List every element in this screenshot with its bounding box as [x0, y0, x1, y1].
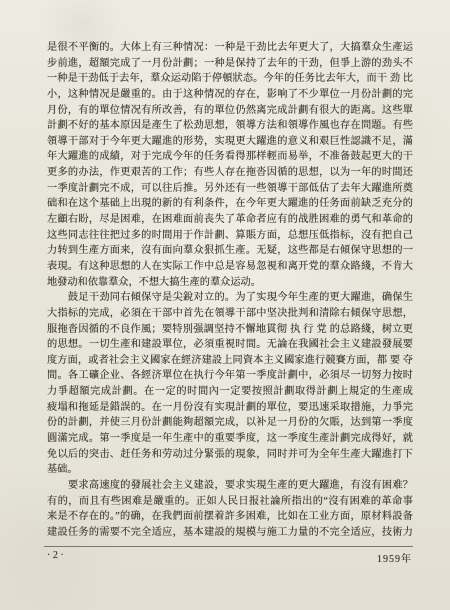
text-line: 鼓足干劲同右傾保守是尖銳对立的。为了实現今年生產的更大躍進，确保生產的五 [47, 290, 413, 306]
text-line: 份的計劃，并使三月份計劃能夠超額完成，以补足一月份的欠賬，达到第一季度計劃的 [47, 415, 413, 431]
text-line: 度方面，或者社会主义國家在經济建設上同資本主义國家進行競賽方面，都 要 夺 取 … [47, 353, 413, 369]
text-line: 服拖沓因循的不良作風；要特別强調坚持不懈地貫彻 执 行 党 的总路綫，树立更大躍… [47, 322, 413, 338]
text-line: 計劃不好的基本原因是產生了松劲思想，領導方法和領導作風也存在問題。有些單位的 [47, 118, 413, 134]
footer-divider [44, 546, 413, 547]
text-line: 免以后的突击、赶任务和劳动过分緊張的現象，同时并可为全年生產大躍進打下良好的 [47, 447, 413, 463]
text-line: 础和在这个基础上出現的新的有利条件，在今年更大躍進的任务面前缺乏充分的信心， [47, 196, 413, 212]
text-line: 大指标的完成，必須在干部中首先在領導干部中坚决批判和清除右傾保守思想，坚决克 [47, 306, 413, 322]
text-line: 圓滿完成。第一季度是一年生產中的重要季度，这一季度生產計劃完成得好，就可以避 [47, 431, 413, 447]
text-line: 步前進，超額完成了一月份計劃；一种是保持了去年的干劲，但爭上游的劲头不足；再 [47, 56, 413, 72]
text-line: 小，这种情况是嚴重的。由于这种情况的存在，影响了不少單位一月份計劃的完成。二 [47, 87, 413, 103]
text-line: 力转到生產方面来，沒有面向羣众狠抓生產。无疑，这些都是右傾保守思想的一种具体 [47, 243, 413, 259]
text-line: 間。各工礦企业、各經济單位在执行今年第一季度計劃中，必須尽一切努力按时完成，并 [47, 368, 413, 384]
text-line: 領導干部对于今年更大躍進的形势，实現更大躍進的意义和艰巨性認識不足，滿足于去 [47, 134, 413, 150]
scanned-document-page: 是很不平衡的。大体上有三种情况：一种是干劲比去年更大了，大搞羣众生產运动，闊步前… [0, 0, 450, 610]
text-line: 一季度計劃完不成，可以往后推。另外还有一些領導干部低估了去年大躍進所奠定的基 [47, 181, 413, 197]
text-line: 左顧右盼，尽是困难，在困难面前丧失了革命者应有的战胜困难的勇气和革命的干劲。 [47, 212, 413, 228]
text-line: 建設任务的需要不完全适应，基本建設的規模与施工力量的不完全适应，技術力量、运 [47, 525, 413, 541]
text-line: 年大躍進的成績，对于完成今年的任务看得那样輕而易举，不准备鼓起更大的干劲，想 [47, 149, 413, 165]
text-line: 要求高速度的發展社会主义建設，要求实現生產的更大躍進，有沒有困难？肯定是 [47, 478, 413, 494]
text-line: 力爭超額完成計劃。在一定的时間內一定要按照計劃取得計劃上規定的生產成果。松劲 [47, 384, 413, 400]
text-line: 基础。 [47, 462, 413, 478]
text-line: 月份，有的單位情况有所改善，有的單位仍然离完成計劃有很大的距离。这些單位完成 [47, 103, 413, 119]
text-line: 一种是干劲低于去年，羣众运动陷于停頓狀态。今年的任务比去年大，而干 劲 比 去 … [47, 71, 413, 87]
text-line: 的思想。一切生產和建設單位，必須重視时間。无論在我國社会主义建設發展要求高速 [47, 337, 413, 353]
text-line: 有的，而且有些困难是嚴重的。正如人民日报社論所指出的“沒有困难的革命事业，从 [47, 494, 413, 510]
text-line: 是很不平衡的。大体上有三种情况：一种是干劲比去年更大了，大搞羣众生產运动，闊 [47, 40, 413, 56]
text-line: 疲塌和拖延是錯誤的。在一月份沒有实現計劃的單位，要迅速采取措施，力爭完成二月 [47, 400, 413, 416]
year-label: 1959年 [377, 550, 412, 565]
text-line: 来是不存在的。”的确，在我們面前摆着許多困难，比如在工业方面，原材料設备供应与 [47, 509, 413, 525]
text-line: 表現。有这种思想的人在实际工作中总是容易忽視和离开党的羣众路綫，不肯大胆放手 [47, 259, 413, 275]
body-text: 是很不平衡的。大体上有三种情况：一种是干劲比去年更大了，大搞羣众生產运动，闊步前… [47, 40, 413, 541]
text-line: 更多的办法，作更艰苦的工作；有些人存在拖沓因循的思想，以为一年的时間还長，第 [47, 165, 413, 181]
page-number: · 2 · [47, 550, 64, 561]
text-line: 这些同志往往把过多的时間用于作計劃、算賬方面，总想压低指标，沒有把自己的注意 [47, 228, 413, 244]
text-line: 地發动和依靠羣众，不想大搞生產的羣众运动。 [47, 275, 413, 291]
